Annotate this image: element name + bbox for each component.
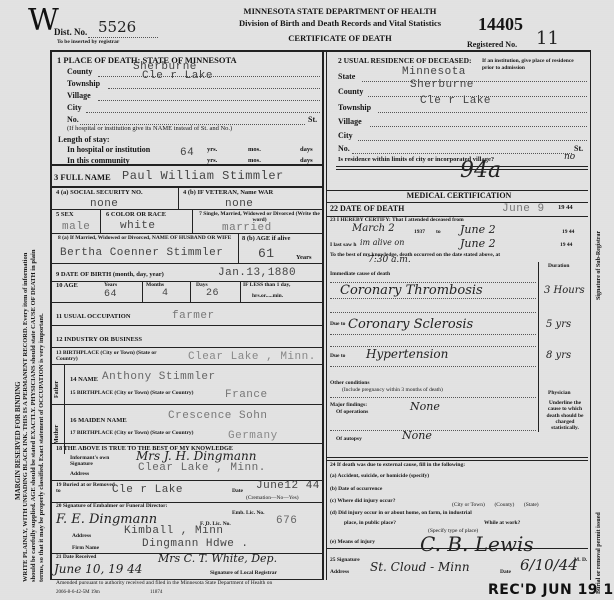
pod-st-label: St. [308, 116, 317, 124]
firm-name-value: Dingmann Hdwe . [142, 539, 249, 550]
time-of-death: 7:30 a.m. [368, 256, 411, 265]
father-birthplace-label: 15 BIRTHPLACE (City or Town) (State or C… [70, 390, 220, 396]
years-label: Years [296, 255, 312, 262]
industry-label: 12 INDUSTRY OR BUSINESS [56, 337, 142, 344]
father-side-label: Father [54, 381, 61, 398]
pod-township-value: Cle r Lake [142, 71, 213, 82]
operations-value: None [410, 401, 440, 412]
spouse-age-value: 61 [258, 247, 275, 260]
age-years-label: Years [104, 283, 117, 289]
registrar-label: Signature of Local Registrar [210, 571, 277, 577]
yrs-label: yrs. [207, 147, 217, 154]
birthplace-value: Clear Lake , Minn. [188, 352, 316, 363]
immediate-cause-label: Immediate cause of death [330, 272, 390, 278]
physician-note: Underline the cause to which death shoul… [542, 400, 588, 432]
dist-no-value: 5526 [98, 20, 136, 35]
margin-note-3: should be carefully supplied. AGE should… [30, 250, 38, 582]
pod-hospital-note: (If hospital or institution give its NAM… [67, 126, 232, 133]
father-birthplace-value: France [225, 390, 268, 401]
medical-cert-title: MEDICAL CERTIFICATION [330, 192, 588, 200]
sex-value: male [62, 222, 90, 233]
res-state-label: State [338, 73, 355, 81]
dist-no-note: To be inserted by registrar [57, 40, 119, 46]
res-no-label: No. [338, 145, 350, 153]
attended-to: June 2 [460, 224, 496, 235]
due-to-1-value: Coronary Sclerosis [348, 318, 473, 331]
attended-from-year: 1937 [414, 230, 425, 236]
certify-label: 23 I HEREBY CERTIFY: That I attended dec… [330, 218, 464, 224]
res-city-label: City [338, 132, 353, 140]
occupation-label: 11 USUAL OCCUPATION [56, 314, 131, 321]
length-of-stay-label: Length of stay: [58, 136, 110, 144]
external-d-label2: place, in public place? [344, 521, 396, 527]
date-of-death-year: 19 44 [558, 205, 573, 212]
due-to-2-label: Due to [330, 354, 345, 360]
pod-county-label: County [67, 68, 92, 76]
informant-signature-label: Informant's own Signature [70, 455, 130, 467]
spouse-value: Bertha Coenner Stimmler [60, 248, 223, 259]
burial-date-label: Date [232, 489, 243, 495]
attended-to-year: 19 44 [562, 230, 574, 236]
informant-address-label: Address [70, 472, 89, 478]
full-name-value: Paul William Stimmler [122, 170, 284, 182]
due-to-2-duration: 8 yrs [546, 351, 571, 361]
mother-side-label: Mother [54, 425, 61, 444]
annotation-94a: 94a [460, 160, 501, 182]
date-received-value: June 10, 19 44 [54, 563, 142, 575]
burial-label: 19 Buried at or Removed to [56, 482, 116, 495]
agency-title: MINNESOTA STATE DEPARTMENT OF HEALTH [200, 7, 480, 16]
pod-township-label: Township [67, 80, 100, 88]
last-saw-year: 19 44 [560, 243, 572, 249]
funeral-address-label: Address [72, 534, 91, 540]
physician-date-label: Date [500, 570, 511, 576]
occupation-value: farmer [172, 311, 215, 322]
burial-date-value: June12 44 [256, 481, 320, 492]
dob-label: 9 DATE OF BIRTH (month, day, year) [56, 272, 164, 279]
less-day-label: IF LESS than 1 day, [243, 283, 290, 289]
external-c-label: (c) Where did injury occur? [330, 499, 395, 505]
external-e-label: (e) Means of injury [330, 540, 375, 546]
res-state-value: Minnesota [402, 67, 466, 78]
form-title: CERTIFICATE OF DEATH [200, 34, 480, 43]
last-saw-date: June 2 [460, 238, 496, 249]
ssn-label: 4 (a) SOCIAL SECURITY NO. [56, 190, 143, 197]
operations-label: Of operations [336, 410, 368, 416]
mother-maiden-value: Crescence Sohn [168, 411, 267, 422]
mother-maiden-label: 16 MAIDEN NAME [70, 418, 127, 425]
age-days-value: 26 [206, 289, 219, 299]
community-years-value: 64 [180, 148, 194, 159]
usual-residence-label: 2 USUAL RESIDENCE OF DECEASED: [338, 57, 472, 65]
physician-address-value: St. Cloud - Minn [370, 561, 470, 573]
external-d-label: (d) Did injury occur in or about home, o… [330, 511, 472, 517]
physician-note-title: Physician [548, 391, 571, 397]
race-label: 6 COLOR OR RACE [106, 212, 166, 219]
firm-name-label: Firm Name [72, 546, 99, 552]
res-township-label: Township [338, 104, 371, 112]
date-of-death-value: June 9 [502, 204, 545, 215]
funeral-address-value: Kimball , Minn [124, 526, 223, 537]
last-saw-alive: im alive on [360, 239, 404, 247]
birthplace-label: 13 BIRTHPLACE (City or Town) (State or C… [56, 350, 176, 362]
veteran-label: 4 (b) IF VETERAN, Name WAR [183, 190, 273, 197]
father-name-label: 14 NAME [70, 377, 98, 384]
other-conditions-label: Other conditions [330, 381, 369, 387]
pod-city-label: City [67, 104, 82, 112]
dist-no-label: Dist. No. [54, 28, 87, 37]
full-name-label: 3 FULL NAME [54, 173, 111, 182]
pod-village-label: Village [67, 92, 91, 100]
death-certificate-page: W MARGIN RESERVED FOR BINDING WRITE PLAI… [0, 0, 614, 600]
informant-signature: Mrs J. H. Dingmann [136, 450, 256, 462]
margin-note-2: WRITE PLAINLY, WITH UNFADING BLACK INK. … [22, 253, 30, 582]
registered-no-label: Registered No. [467, 41, 517, 49]
age-years-value: 64 [104, 290, 117, 300]
autopsy-label: Of autopsy [336, 437, 362, 443]
form-number: 11874 [150, 590, 162, 595]
institution-note: If an institution, give place of residen… [482, 58, 586, 71]
date-received-label: 21 Date Received [56, 555, 96, 561]
due-to-2-value: Hypertension [366, 348, 448, 360]
race-value: white [120, 221, 156, 232]
res-township-value: Cle r Lake [420, 96, 491, 107]
informant-address-value: Clear Lake , Minn. [138, 463, 266, 474]
due-to-1-duration: 5 yrs [546, 320, 571, 330]
date-of-death-label: 22 DATE OF DEATH [330, 205, 404, 213]
burial-permit-label: Burial or removal permit issued [596, 512, 603, 594]
autopsy-value: None [402, 430, 432, 441]
res-limits-value: no [564, 153, 575, 162]
certificate-number: 14405 [478, 14, 523, 35]
spouse-age-label: 8 (b) AGE if alive [242, 236, 290, 243]
immediate-duration: 3 Hours [544, 286, 585, 296]
dob-value: Jan.13,1880 [218, 268, 296, 279]
mother-birthplace-label: 17 BIRTHPLACE (City or Town) (State or C… [70, 430, 220, 436]
while-at-work-label: While at work? [484, 521, 520, 527]
father-name-value: Anthony Stimmler [102, 372, 216, 383]
major-findings-label: Major findings: [330, 403, 367, 409]
physician-date-value: 6/10/44 [520, 558, 578, 573]
margin-note-4: terms, so that it may be properly classi… [38, 313, 46, 582]
other-conditions-note: (Include pregnancy within 3 months of de… [342, 388, 443, 394]
mother-birthplace-value: Germany [228, 431, 278, 442]
registered-no-value: 11 [536, 30, 559, 48]
external-b-label: (b) Date of occurrence [330, 487, 382, 493]
amended-note: Amended pursuant to authority received a… [56, 581, 272, 587]
sex-label: 5 SEX [56, 212, 74, 219]
burial-place-value: Cle r Lake [112, 485, 183, 496]
pod-no-label: No. [67, 116, 79, 124]
days-label: days [300, 147, 313, 154]
physician-signature-label: 25 Signature [330, 558, 360, 564]
hospital-stay-label: In hospital or institution [67, 146, 150, 154]
res-village-label: Village [338, 118, 362, 126]
external-cause-label: 24 If death was due to external cause, f… [330, 463, 465, 469]
external-a-label: (a) Accident, suicide, or homicide (spec… [330, 474, 429, 480]
duration-label: Duration [548, 264, 569, 270]
res-st-label: St. [574, 145, 583, 153]
division-title: Division of Birth and Death Records and … [190, 19, 490, 28]
last-saw-label: I last saw h [330, 243, 356, 249]
emb-lic-label: Emb. Lic. No. [232, 511, 265, 517]
res-county-value: Sherburne [410, 80, 474, 91]
hrs-min-label: hrs.or.....min. [252, 294, 283, 300]
physician-address-label: Address [330, 570, 349, 576]
age-label: 10 AGE [56, 283, 78, 290]
external-c-sub: (City or Town) (County) (State) [452, 503, 539, 509]
registrar-signature: Mrs C. T. White, Dep. [158, 553, 277, 564]
res-county-label: County [338, 88, 363, 96]
funeral-label: 20 Signature of Embalmer or Funeral Dire… [56, 504, 167, 510]
fd-lic-value: 676 [276, 516, 297, 527]
to-label: to [436, 230, 441, 236]
form-code: 2066-8-6-42-5M 19m [56, 590, 100, 595]
immediate-cause-value: Coronary Thrombosis [340, 284, 483, 297]
age-months-value: 4 [162, 289, 169, 299]
sub-registrar-label: Signature of Sub-Registrar [596, 231, 603, 300]
spouse-label: 8 (a) If Married, Widowed or Divorced, N… [58, 235, 238, 241]
physician-signature: C. B. Lewis [420, 534, 534, 554]
cremation-label: (Cremation—No—Yes) [246, 496, 299, 502]
due-to-1-label: Due to [330, 322, 345, 328]
mos-label: mos. [248, 147, 261, 154]
attended-from: March 2 [352, 224, 395, 234]
